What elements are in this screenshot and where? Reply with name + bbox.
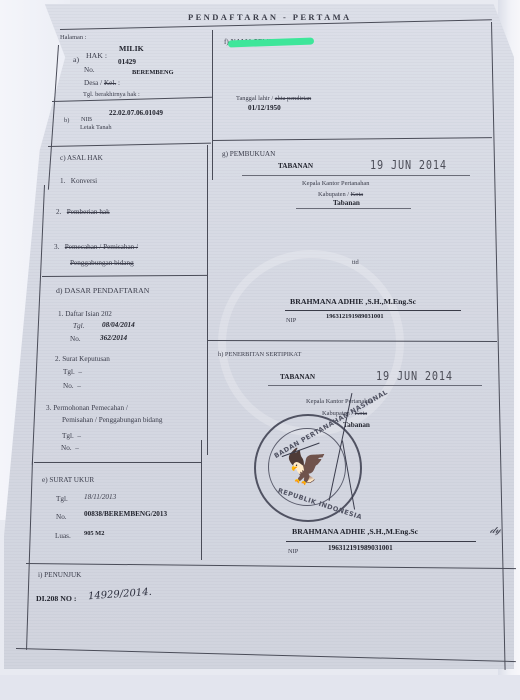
nib-value: 22.02.07.06.01049 [109,109,163,117]
asal-hak-item-3b: Penggabungan bidang [70,259,134,267]
pembukuan-official-name: BRAHMANA ADHIE ,S.H.,M.Eng.Sc [290,297,416,306]
penerbitan-date-underline [268,385,482,386]
background-bottom [0,675,520,700]
surat-keputusan-label: 2. Surat Keputusan [55,355,110,363]
luas-value: 905 M2 [84,530,104,537]
hak-value: MILIK [119,44,144,53]
item1-tgl-label: Tgl. [73,322,84,330]
penerbitan-date-stamp: 19 JUN 2014 [376,369,453,383]
halaman-label: Halaman : [60,34,86,41]
paraf-initial: 𝒹𝓎 [490,525,501,536]
luas-label: Luas. [55,532,71,540]
surat-ukur-no-value: 00838/BEREMBENG/2013 [84,510,167,518]
divider-d-e [34,462,202,463]
no-label: No. [84,66,95,74]
pembukuan-nip-value: 196312191989031001 [326,313,384,320]
tanggal-lahir-value: 01/12/1950 [248,104,281,112]
item3-no: No. – [61,444,79,452]
item1-tgl-value: 08/04/2014 [102,321,135,329]
permohonan-label-1: 3. Permohonan Pemecahan / [46,404,128,412]
document-title: PENDAFTARAN - PERTAMA [188,12,352,22]
letak-tanah-label: Letak Tanah [80,124,112,131]
tgl-berakhir-label: Tgl. berakhirnya hak : [83,91,140,98]
section-e-heading: e) SURAT UKUR [42,476,94,484]
pembukuan-office-line2: Kabupaten / Kota [318,191,363,198]
pembukuan-nip-label: NIP [286,317,296,324]
desa-value: BEREMBENG [132,69,174,76]
penerbitan-office-line3: Tabanan [343,421,370,429]
section-i-heading: i) PENUNJUK [38,571,81,579]
garuda-emblem-icon: 🦅 [282,444,332,492]
asal-hak-item-1: 1. Konversi [60,177,97,185]
penerbitan-nip-label: NIP [288,548,298,555]
pembukuan-date-underline [242,175,470,176]
column-divider-top [212,30,213,180]
hak-label: HAK : [86,51,107,60]
item2-tgl: Tgl. – [63,368,82,376]
column-divider-bottom [201,440,202,560]
item1-no-value: 362/2014 [100,334,127,342]
pembukuan-office-underline [296,208,411,209]
di208-label: DI.208 NO : [36,594,77,603]
section-g-heading: g) PEMBUKUAN [222,150,275,158]
permohonan-label-2: Pemisahan / Penggabungan bidang [62,416,162,424]
item2-no: No. – [63,382,81,390]
section-c-heading: c) ASAL HAK [60,154,103,162]
no-value: 01429 [118,58,136,66]
section-b-label: b) [64,117,69,124]
pembukuan-office-line3: Tabanan [333,199,360,207]
pembukuan-place: TABANAN [278,162,313,170]
nib-label: NIB [81,116,92,123]
pembukuan-paraf: ttd [352,259,359,266]
surat-ukur-tgl-label: Tgl. [56,495,68,503]
penerbitan-signature-line [286,541,476,542]
surat-ukur-tgl-value: 18/11/2013 [84,493,116,501]
desa-label: Desa / Kel. : [84,79,120,87]
pembukuan-office-line1: Kepala Kantor Pertanahan [302,180,369,187]
watermark-emblem [218,250,404,436]
section-h-heading: h) PENERBITAN SERTIPIKAT [218,351,301,358]
surat-ukur-no-label: No. [56,513,67,521]
section-a-label: a) [73,55,79,64]
penerbitan-place: TABANAN [280,373,315,381]
pembukuan-signature-line [285,310,461,311]
asal-hak-item-3: 3. Pemecahan / Pemisahan / [54,243,138,251]
item3-tgl: Tgl. – [62,432,81,440]
penerbitan-official-name: BRAHMANA ADHIE ,S.H.,M.Eng.Sc [292,527,418,536]
daftar-isian-label: 1. Daftar Isian 202 [58,310,112,318]
item1-no-label: No. [70,335,81,343]
tanggal-lahir-label: Tanggal lahir / akta pendirian [236,95,311,102]
asal-hak-item-2: 2. Pemberian hak [56,208,110,216]
section-d-heading: d) DASAR PENDAFTARAN [56,286,149,295]
penerbitan-nip-value: 196312191989031001 [328,544,393,552]
pembukuan-date-stamp: 19 JUN 2014 [370,158,447,172]
column-divider-mid [207,145,208,455]
